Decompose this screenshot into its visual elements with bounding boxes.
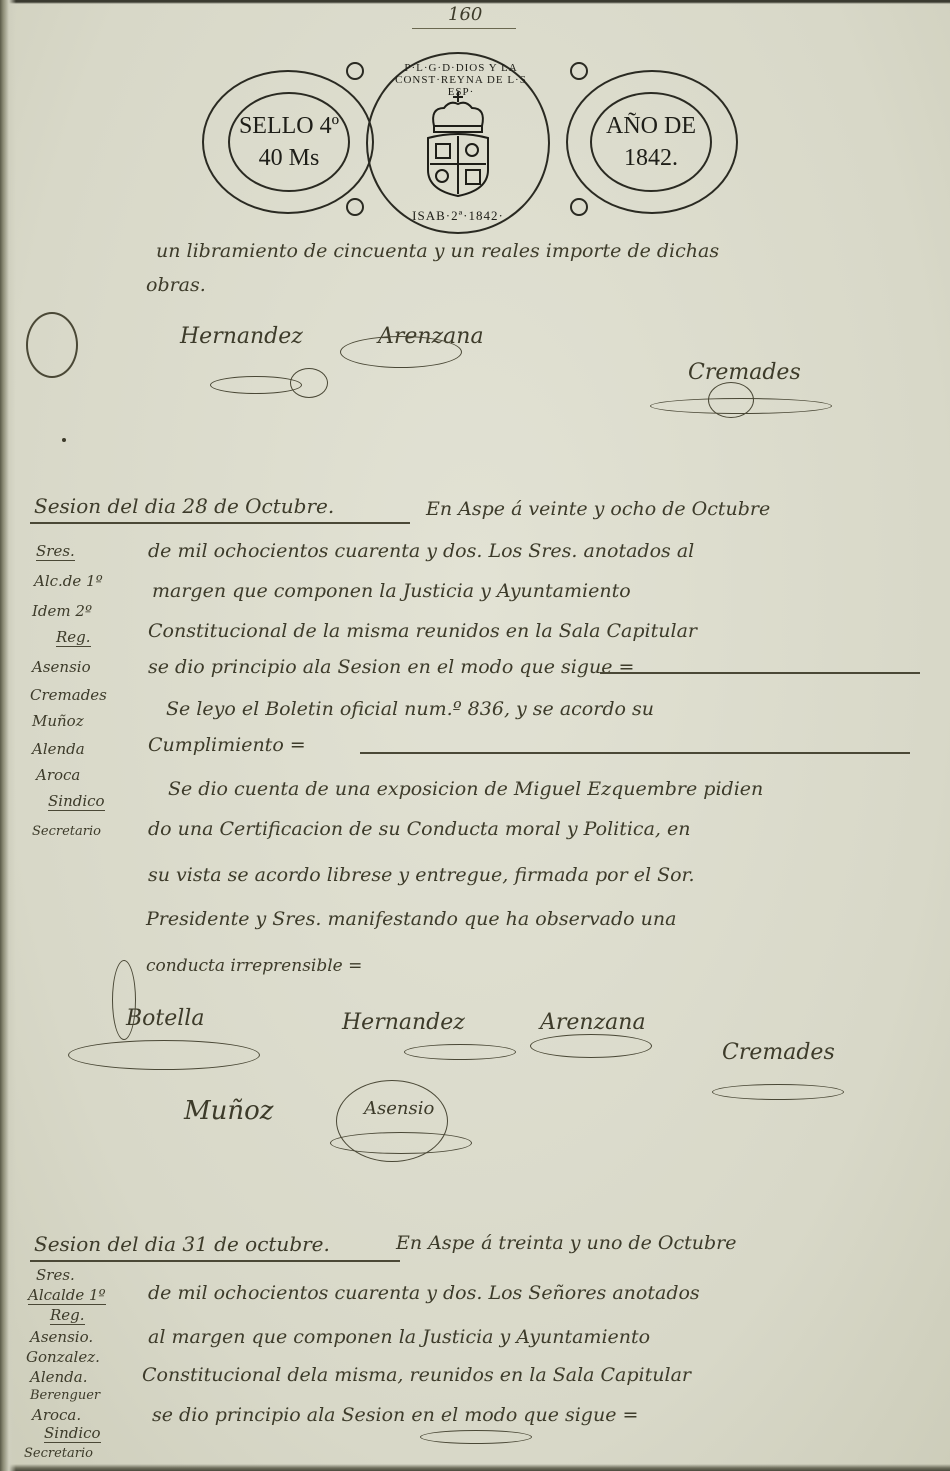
session-1-heading-rule xyxy=(30,522,410,524)
margin-label: Berenguer xyxy=(30,1388,100,1403)
coat-of-arms-icon xyxy=(420,90,496,200)
opening-line-2: obras. xyxy=(146,274,206,296)
margin-label: Alenda. xyxy=(30,1368,87,1386)
signature-flourish xyxy=(712,1084,844,1100)
seal-legend-bottom: ISAB·2ª·1842· xyxy=(408,208,508,224)
stamp-year-label: AÑO DE xyxy=(606,110,696,142)
margin-label: Alc.de 1º xyxy=(34,572,103,590)
signature-flourish xyxy=(340,336,462,368)
session-1-line-7: Cumplimiento = xyxy=(148,734,306,756)
line-fill-rule xyxy=(360,752,910,754)
session-1-line-2: de mil ochocientos cuarenta y dos. Los S… xyxy=(148,540,694,562)
session-1-line-3: margen que componen la Justicia y Ayunta… xyxy=(152,580,631,602)
signature-munoz: Muñoz xyxy=(184,1096,273,1126)
margin-label: Secretario xyxy=(24,1446,93,1461)
signature-flourish xyxy=(210,376,302,394)
session-2-heading-rule xyxy=(30,1260,400,1262)
stamp-value: 40 Ms xyxy=(259,142,320,174)
session-1-line-8: Se dio cuenta de una exposicion de Migue… xyxy=(168,778,763,800)
seal-legend-top: P·L·G·D·DIOS Y LA CONST·REYNA DE L·S ESP… xyxy=(386,62,536,98)
margin-label: Reg. xyxy=(50,1306,85,1325)
ornament-knob xyxy=(570,198,588,216)
signature-flourish xyxy=(290,368,328,398)
page-number-underline xyxy=(412,28,516,29)
margin-label: Alcalde 1º xyxy=(28,1286,106,1305)
margin-label: Sindico xyxy=(48,792,105,811)
fiscal-stamp: SELLO 4º 40 Ms P·L·G·D·DIOS Y LA CONST·R… xyxy=(198,52,738,230)
session-2-line-5: se dio principio ala Sesion en el modo q… xyxy=(152,1404,638,1426)
margin-label: Alenda xyxy=(32,740,85,758)
session-1-line-6: Se leyo el Boletin oficial num.º 836, y … xyxy=(166,698,654,720)
signature-arenzana: Arenzana xyxy=(540,1010,646,1035)
signature-botella: Botella xyxy=(126,1006,204,1031)
session-1-line-1: En Aspe á veinte y ocho de Octubre xyxy=(426,498,770,520)
signature-flourish xyxy=(708,382,754,418)
session-1-line-11: Presidente y Sres. manifestando que ha o… xyxy=(146,908,676,930)
session-1-line-12: conducta irreprensible = xyxy=(146,956,362,976)
margin-label: Idem 2º xyxy=(32,602,92,620)
signature-paraph-large xyxy=(26,312,78,378)
margin-label: Cremades xyxy=(30,686,107,704)
margin-label: Aroca. xyxy=(32,1406,81,1424)
ink-dot xyxy=(62,438,66,442)
signature-asensio: Asensio xyxy=(364,1098,434,1119)
ornament-knob xyxy=(346,198,364,216)
signature-hernandez: Hernandez xyxy=(342,1010,465,1035)
stamp-year-oval: AÑO DE 1842. xyxy=(590,92,712,192)
session-2-line-2: de mil ochocientos cuarenta y dos. Los S… xyxy=(148,1282,700,1304)
royal-seal: P·L·G·D·DIOS Y LA CONST·REYNA DE L·S ESP… xyxy=(366,52,550,234)
signature-flourish xyxy=(404,1044,516,1060)
margin-label: Aroca xyxy=(36,766,80,784)
margin-label: Asensio. xyxy=(30,1328,93,1346)
margin-label: Reg. xyxy=(56,628,91,647)
session-1-line-9: do una Certificacion de su Conducta mora… xyxy=(148,818,690,840)
signature-flourish xyxy=(330,1132,472,1154)
stamp-year: 1842. xyxy=(624,142,678,174)
margin-label: Secretario xyxy=(32,824,101,839)
signature-hernandez: Hernandez xyxy=(180,324,303,349)
margin-label: Sres. xyxy=(36,1266,75,1284)
signature-flourish xyxy=(420,1430,532,1444)
margin-label: Sres. xyxy=(36,542,75,561)
signature-cremades: Cremades xyxy=(722,1040,835,1065)
session-1-line-4: Constitucional de la misma reunidos en l… xyxy=(148,620,697,642)
margin-label: Gonzalez. xyxy=(26,1348,100,1366)
ornament-knob xyxy=(570,62,588,80)
page-number: 160 xyxy=(448,4,482,25)
margin-label: Asensio xyxy=(32,658,91,676)
session-2-line-1: En Aspe á treinta y uno de Octubre xyxy=(396,1232,736,1254)
signature-flourish xyxy=(68,1040,260,1070)
stamp-value-oval: SELLO 4º 40 Ms xyxy=(228,92,350,192)
session-2-line-3: al margen que componen la Justicia y Ayu… xyxy=(148,1326,650,1348)
stamp-seal-class: SELLO 4º xyxy=(239,110,339,142)
signature-flourish xyxy=(530,1034,652,1058)
session-2-heading: Sesion del dia 31 de octubre. xyxy=(34,1232,330,1256)
opening-line-1: un libramiento de cincuenta y un reales … xyxy=(156,240,719,262)
ornament-knob xyxy=(346,62,364,80)
session-1-line-5: se dio principio ala Sesion en el modo q… xyxy=(148,656,634,678)
session-1-line-10: su vista se acordo librese y entregue, f… xyxy=(148,864,695,886)
signature-cremades: Cremades xyxy=(688,360,801,385)
margin-label: Muñoz xyxy=(32,712,84,730)
margin-label: Sindico xyxy=(44,1424,101,1443)
signature-paraph xyxy=(112,960,136,1040)
session-2-line-4: Constitucional dela misma, reunidos en l… xyxy=(142,1364,691,1386)
line-fill-rule xyxy=(600,672,920,674)
session-1-heading: Sesion del dia 28 de Octubre. xyxy=(34,494,334,518)
